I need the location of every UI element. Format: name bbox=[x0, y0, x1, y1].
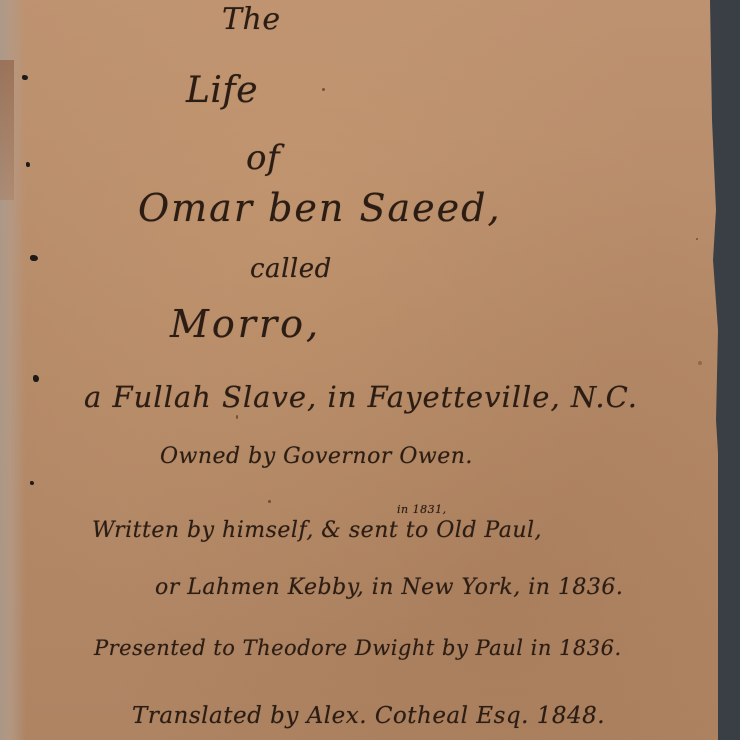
provenance-line-presented: Presented to Theodore Dwight by Paul in … bbox=[94, 636, 622, 660]
paper-speck bbox=[268, 500, 271, 503]
binding-hole bbox=[30, 481, 34, 485]
paper-speck bbox=[696, 238, 698, 240]
binding-hole bbox=[33, 375, 39, 382]
binding-hole bbox=[26, 162, 30, 167]
title-line-called: called bbox=[250, 254, 332, 284]
subtitle-line-owned: Owned by Governor Owen. bbox=[160, 444, 473, 469]
provenance-line-translated: Translated by Alex. Cotheal Esq. 1848. bbox=[132, 703, 605, 729]
title-line-the: The bbox=[222, 2, 281, 37]
subtitle-line-fullah: a Fullah Slave, in Fayetteville, N.C. bbox=[84, 380, 638, 414]
title-line-morro: Morro, bbox=[170, 302, 321, 346]
interlinear-insertion: in 1831, bbox=[397, 503, 447, 516]
provenance-line-lahmen: or Lahmen Kebby, in New York, in 1836. bbox=[155, 575, 623, 600]
paper-stain bbox=[0, 60, 14, 200]
paper-speck bbox=[698, 361, 702, 365]
manuscript-page: The Life of Omar ben Saeed, called Morro… bbox=[0, 0, 718, 740]
paper-speck bbox=[236, 415, 238, 419]
paper-speck bbox=[322, 88, 325, 91]
binding-hole bbox=[30, 255, 38, 261]
binding-hole bbox=[22, 75, 28, 80]
title-line-name: Omar ben Saeed, bbox=[138, 186, 502, 230]
provenance-line-written: Written by himself, & sent to Old Paul, bbox=[92, 518, 542, 543]
title-line-of: of bbox=[246, 138, 280, 178]
title-line-life: Life bbox=[186, 70, 258, 111]
